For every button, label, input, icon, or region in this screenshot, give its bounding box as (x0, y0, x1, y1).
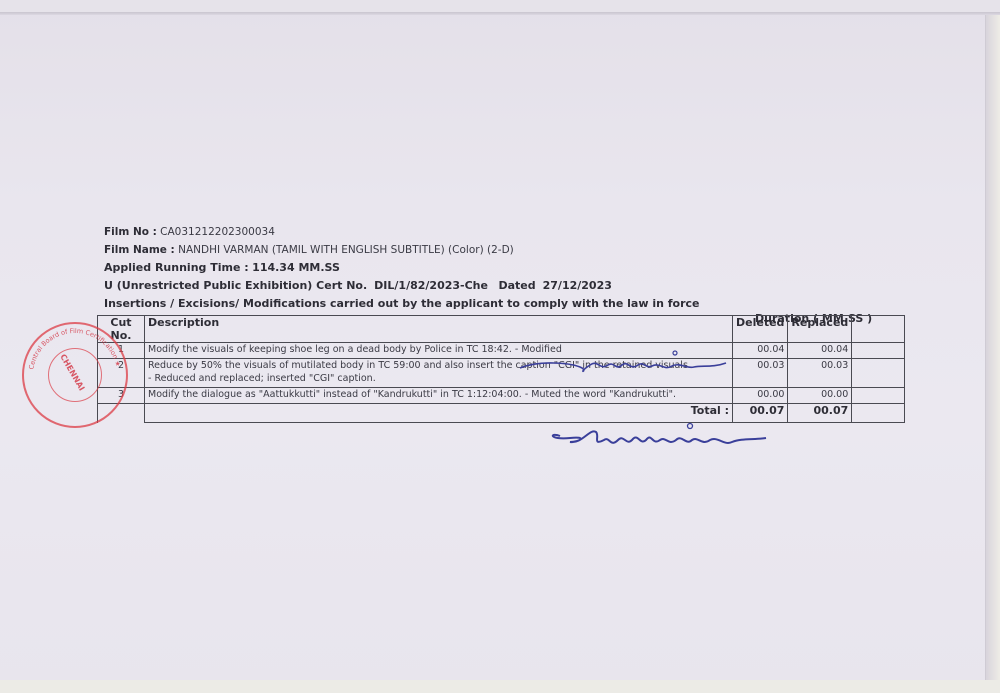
certificate-number: DIL/1/82/2023-Che (374, 279, 488, 292)
total-empty (852, 404, 905, 423)
cut-empty (852, 343, 905, 359)
cut-deleted: 00.00 (733, 388, 788, 404)
film-no-value: CA031212202300034 (160, 226, 275, 238)
dated-value: 27/12/2023 (543, 279, 612, 292)
running-time-label: Applied Running Time : (104, 261, 249, 274)
section-title: Insertions / Excisions/ Modifications ca… (104, 297, 700, 310)
cbfc-stamp: CHENNAI Central Board of Film Certificat… (22, 322, 128, 428)
running-time-line: Applied Running Time : 114.34 MM.SS (104, 261, 340, 274)
film-name-line: Film Name : NANDHI VARMAN (TAMIL WITH EN… (104, 244, 514, 256)
dated-label: Dated (498, 279, 535, 292)
header-deleted: Deleted (733, 316, 788, 343)
header-empty (852, 316, 905, 343)
cut-description: Modify the dialogue as "Aattukkutti" ins… (145, 388, 733, 404)
header-replaced: Replaced (788, 316, 852, 343)
cut-empty (852, 388, 905, 404)
film-name-value: NANDHI VARMAN (TAMIL WITH ENGLISH SUBTIT… (178, 244, 514, 256)
running-time-value: 114.34 MM.SS (252, 261, 340, 274)
total-replaced: 00.07 (788, 404, 852, 423)
cut-deleted: 00.04 (733, 343, 788, 359)
signature (540, 418, 790, 468)
cut-empty (852, 359, 905, 388)
certificate-line: U (Unrestricted Public Exhibition) Cert … (104, 279, 612, 292)
film-no-label: Film No : (104, 226, 157, 238)
page-fold (0, 12, 1000, 15)
svg-text:Central Board of Film Certific: Central Board of Film Certification ★ (27, 327, 122, 370)
film-name-label: Film Name : (104, 244, 175, 256)
page-right-edge (985, 15, 1000, 693)
cut-deleted: 00.03 (733, 359, 788, 388)
cut-replaced: 00.00 (788, 388, 852, 404)
certificate-label: U (Unrestricted Public Exhibition) Cert … (104, 279, 367, 292)
stamp-ring-text: Central Board of Film Certification ★ (22, 322, 128, 428)
table-row: 3 Modify the dialogue as "Aattukkutti" i… (98, 388, 905, 404)
page-bottom-edge (0, 680, 1000, 693)
cut-replaced: 00.03 (788, 359, 852, 388)
film-no-line: Film No : CA031212202300034 (104, 226, 275, 238)
page-top-edge (0, 0, 1000, 12)
cut-replaced: 00.04 (788, 343, 852, 359)
signature-inline (480, 335, 740, 385)
